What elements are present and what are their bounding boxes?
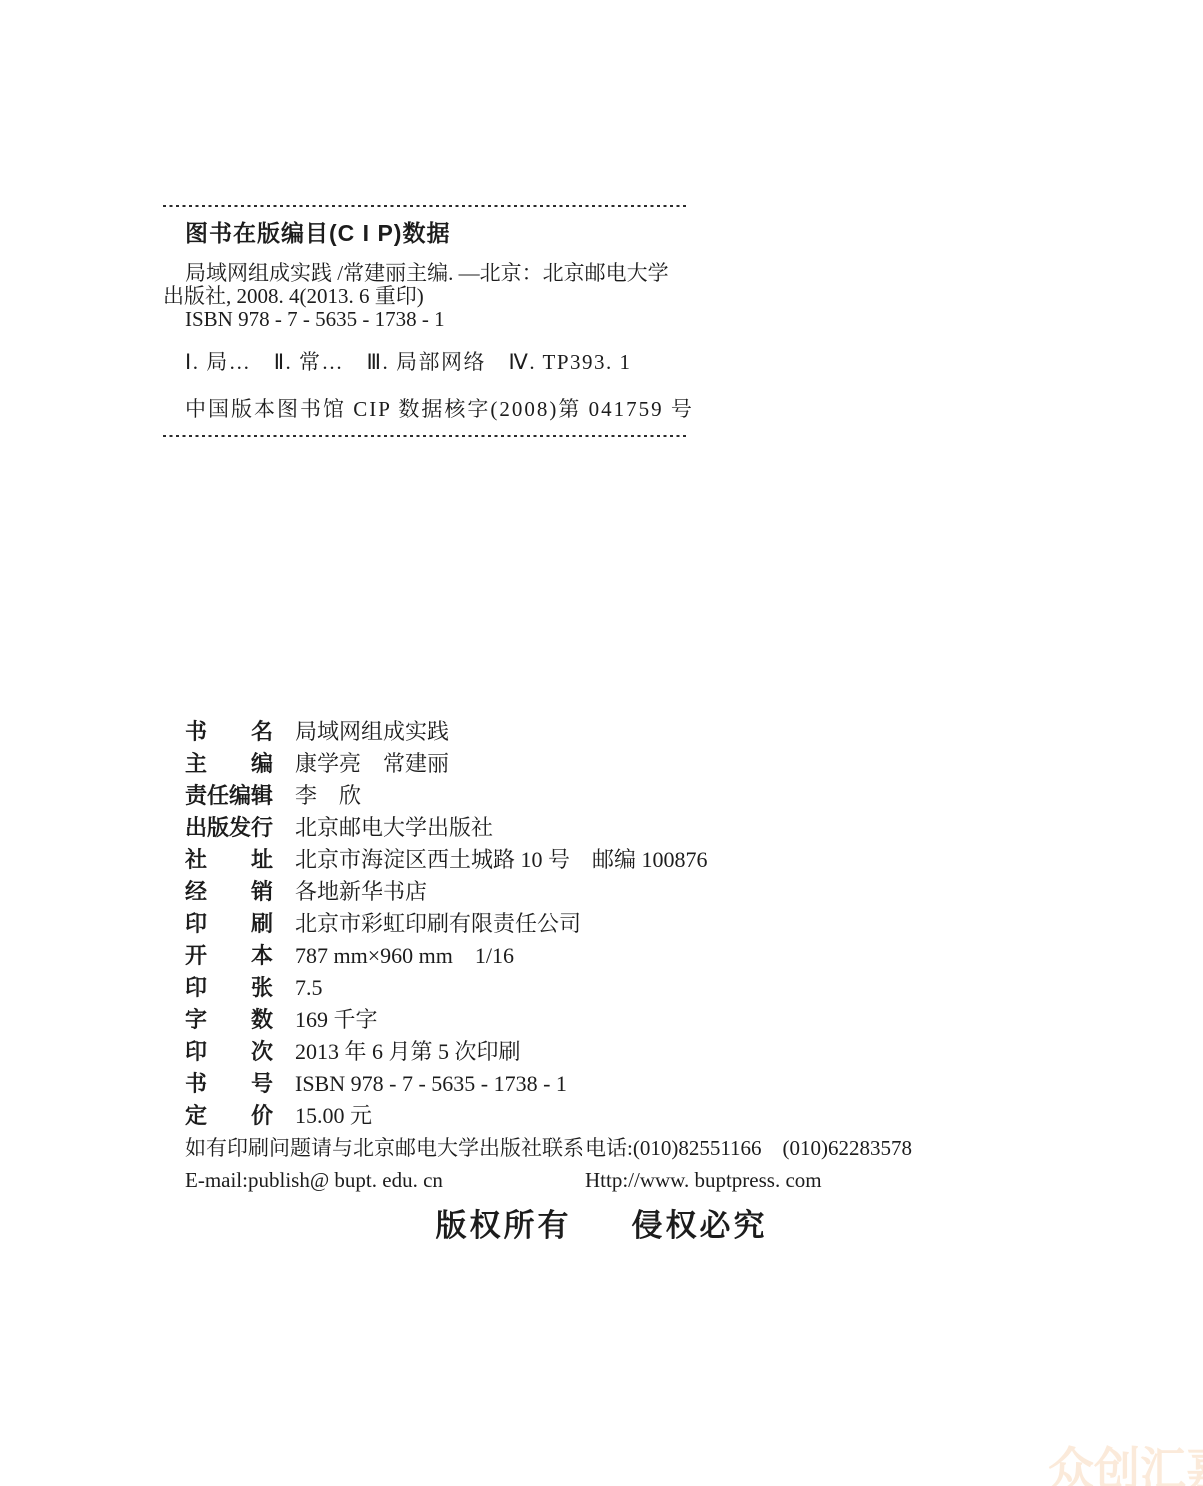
colophon-row: 书 号 ISBN 978 - 7 - 5635 - 1738 - 1: [185, 1068, 1085, 1100]
colophon-row: 出版发行 北京邮电大学出版社: [185, 812, 1085, 844]
colophon-label: 书 名: [185, 716, 285, 748]
colophon-row: 印 刷 北京市彩虹印刷有限责任公司: [185, 908, 1085, 940]
cip-top-dashed-line: [163, 205, 688, 207]
colophon-label: 开 本: [185, 940, 285, 972]
copyright-notice-right: 侵权必究: [632, 1208, 768, 1243]
colophon-row: 经 销 各地新华书店: [185, 876, 1085, 908]
colophon-value: 15.00 元: [295, 1100, 372, 1132]
print-problem-contact-row: 如有印刷问题请与北京邮电大学出版社联系 电话:(010)82551166 (01…: [185, 1132, 1085, 1164]
colophon: 书 名 局域网组成实践 主 编 康学亮 常建丽 责任编辑 李 欣 出版发行 北京…: [185, 716, 1085, 1196]
cip-description: 局域网组成实践 /常建丽主编. —北京：北京邮电大学 出版社, 2008. 4(…: [163, 262, 688, 331]
colophon-value: 康学亮 常建丽: [295, 748, 449, 780]
colophon-row: 印 次 2013 年 6 月第 5 次印刷: [185, 1036, 1085, 1068]
colophon-value: 北京市彩虹印刷有限责任公司: [295, 908, 581, 940]
copyright-page: 图书在版编目(C I P)数据 局域网组成实践 /常建丽主编. —北京：北京邮电…: [0, 0, 1203, 1486]
colophon-row: 责任编辑 李 欣: [185, 780, 1085, 812]
cip-description-line: 局域网组成实践 /常建丽主编. —北京：北京邮电大学: [163, 262, 688, 285]
colophon-value: 北京邮电大学出版社: [295, 812, 493, 844]
cip-bottom-dashed-line: [163, 435, 688, 437]
colophon-row: 书 名 局域网组成实践: [185, 716, 1085, 748]
cip-block: 图书在版编目(C I P)数据 局域网组成实践 /常建丽主编. —北京：北京邮电…: [163, 205, 688, 437]
colophon-label: 主 编: [185, 748, 285, 780]
colophon-row: 主 编 康学亮 常建丽: [185, 748, 1085, 780]
colophon-label: 印 次: [185, 1036, 285, 1068]
colophon-value: 169 千字: [295, 1004, 378, 1036]
colophon-value: ISBN 978 - 7 - 5635 - 1738 - 1: [295, 1068, 567, 1100]
cip-description-line: 出版社, 2008. 4(2013. 6 重印): [163, 285, 688, 308]
cip-record-number: 中国版本图书馆 CIP 数据核字(2008)第 041759 号: [163, 393, 688, 423]
colophon-label: 印 张: [185, 972, 285, 1004]
colophon-label: 字 数: [185, 1004, 285, 1036]
colophon-label: 社 址: [185, 844, 285, 876]
colophon-label: 书 号: [185, 1068, 285, 1100]
corner-watermark: 众创汇嘉: [1048, 1446, 1203, 1486]
colophon-row: 定 价 15.00 元: [185, 1100, 1085, 1132]
colophon-value: 北京市海淀区西土城路 10 号 邮编 100876: [295, 844, 708, 876]
colophon-row: 字 数 169 千字: [185, 1004, 1085, 1036]
cip-classification: Ⅰ. 局… Ⅱ. 常… Ⅲ. 局部网络 Ⅳ. TP393. 1: [163, 346, 688, 376]
colophon-label: 经 销: [185, 876, 285, 908]
copyright-notice: 版权所有侵权必究: [0, 1200, 1203, 1245]
cip-title: 图书在版编目(C I P)数据: [163, 220, 688, 246]
colophon-label: 印 刷: [185, 908, 285, 940]
copyright-notice-left: 版权所有: [436, 1208, 572, 1243]
colophon-value: 李 欣: [295, 780, 361, 812]
colophon-label: 责任编辑: [185, 780, 285, 812]
colophon-label: 出版发行: [185, 812, 285, 844]
colophon-row: 社 址 北京市海淀区西土城路 10 号 邮编 100876: [185, 844, 1085, 876]
publisher-website: Http://www. buptpress. com: [585, 1164, 822, 1196]
colophon-value: 2013 年 6 月第 5 次印刷: [295, 1036, 521, 1068]
colophon-value: 787 mm×960 mm 1/16: [295, 940, 514, 972]
print-problem-note: 如有印刷问题请与北京邮电大学出版社联系: [185, 1132, 585, 1164]
online-contact-row: E-mail:publish@ bupt. edu. cn Http://www…: [185, 1164, 1085, 1196]
colophon-value: 各地新华书店: [295, 876, 427, 908]
publisher-phone: 电话:(010)82551166 (010)62283578: [585, 1132, 912, 1164]
colophon-label: 定 价: [185, 1100, 285, 1132]
colophon-value: 局域网组成实践: [295, 716, 449, 748]
colophon-row: 开 本 787 mm×960 mm 1/16: [185, 940, 1085, 972]
cip-description-line: ISBN 978 - 7 - 5635 - 1738 - 1: [163, 308, 688, 331]
colophon-value: 7.5: [295, 972, 323, 1004]
publisher-email: E-mail:publish@ bupt. edu. cn: [185, 1164, 585, 1196]
colophon-row: 印 张 7.5: [185, 972, 1085, 1004]
